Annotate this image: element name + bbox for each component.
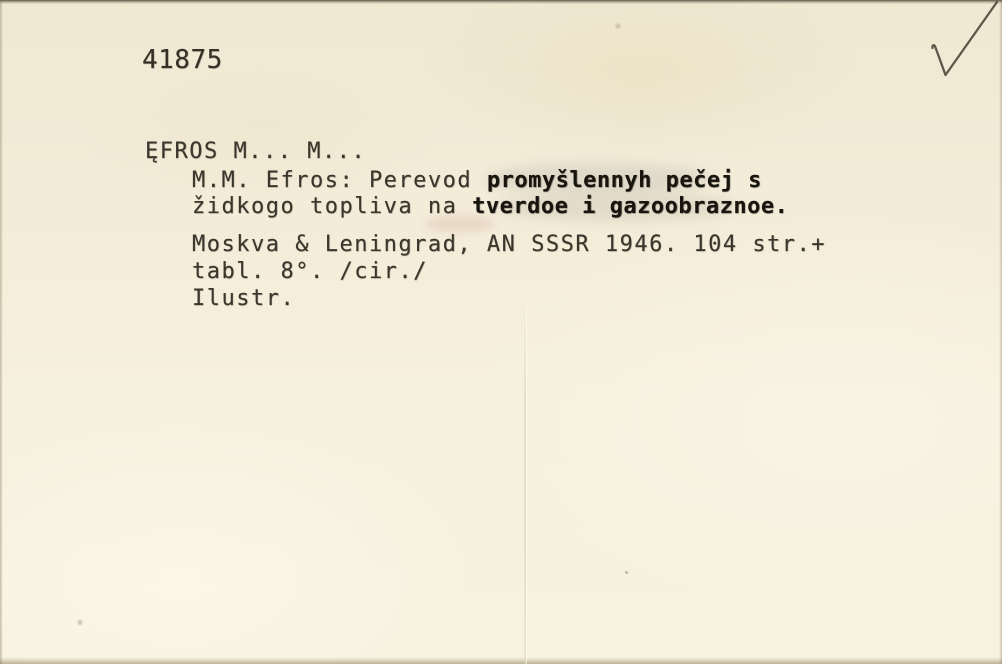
title-text-overtyped: tverdoe i gazoobraznoe.: [472, 194, 788, 219]
card-left-edge: [0, 0, 3, 664]
author-heading: ĘFROS M... M...: [145, 139, 366, 164]
illustration-note: Ilustr.: [192, 286, 295, 311]
paper-speck: [616, 24, 620, 28]
handwritten-checkmark-icon: [912, 0, 1002, 85]
paper-speck: [78, 620, 82, 625]
catalog-number: 41875: [142, 45, 223, 75]
collation-line: tabl. 8°. /cir./: [192, 259, 428, 284]
paper-crease: [524, 305, 526, 664]
card-bottom-edge: [0, 657, 1002, 664]
paper-speck: [625, 571, 628, 574]
title-text: židkogo topliva na: [192, 194, 472, 219]
title-text-overtyped: promyšlennyh pečej s: [487, 168, 762, 193]
imprint-line: Moskva & Leningrad, AN SSSR 1946. 104 st…: [192, 232, 826, 257]
title-text: M.M. Efros: Perevod: [192, 168, 487, 193]
title-line-1: M.M. Efros: Perevod promyšlennyh pečej s: [192, 168, 762, 193]
catalog-card: 41875 ĘFROS M... M... M.M. Efros: Perevo…: [0, 0, 1002, 664]
title-line-2: židkogo topliva na tverdoe i gazoobrazno…: [192, 194, 788, 219]
card-top-edge: [0, 0, 1002, 4]
